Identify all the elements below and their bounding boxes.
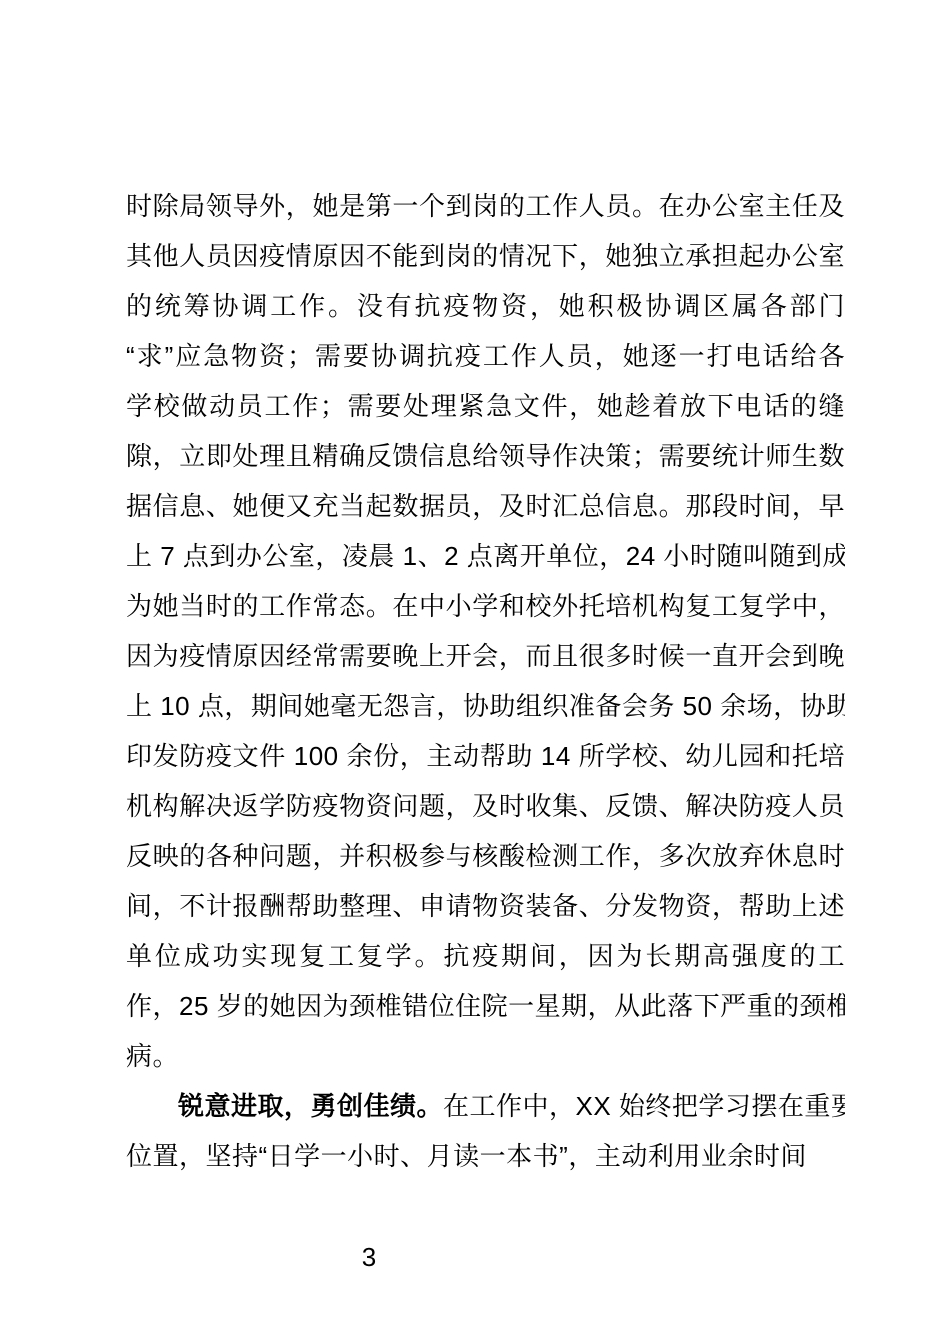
paragraph-lead-bold: 锐意进取，勇创佳绩。 [178,1091,443,1121]
paragraph-line: 间，不计报酬帮助整理、申请物资装备、分发物资，帮助上述 [126,881,845,931]
paragraph-line: 上 7 点到办公室，凌晨 1、2 点离开单位，24 小时随叫随到成 [126,531,845,581]
paragraph-line: 锐意进取，勇创佳绩。在工作中，XX 始终把学习摆在重要 [126,1081,845,1131]
paragraph-line: 印发防疫文件 100 余份，主动帮助 14 所学校、幼儿园和托培 [126,731,845,781]
paragraph-line: 据信息、她便又充当起数据员，及时汇总信息。那段时间，早 [126,481,845,531]
paragraph-line: 的统筹协调工作。没有抗疫物资，她积极协调区属各部门 [126,281,845,331]
document-page: 时除局领导外，她是第一个到岗的工作人员。在办公室主任及 其他人员因疫情原因不能到… [0,0,950,1344]
paragraph-line: 为她当时的工作常态。在中小学和校外托培机构复工复学中， [126,581,845,631]
paragraph-line: 其他人员因疫情原因不能到岗的情况下，她独立承担起办公室 [126,231,845,281]
page-number: 3 [356,1232,382,1282]
paragraph-line-text: 在工作中，XX 始终把学习摆在重要 [443,1091,845,1121]
paragraph-line: 隙，立即处理且精确反馈信息给领导作决策；需要统计师生数 [126,431,845,481]
paragraph-line: 位置，坚持“日学一小时、月读一本书”，主动利用业余时间 [126,1131,845,1181]
body-text: 时除局领导外，她是第一个到岗的工作人员。在办公室主任及 其他人员因疫情原因不能到… [126,181,845,1181]
paragraph-line: 反映的各种问题，并积极参与核酸检测工作，多次放弃休息时 [126,831,845,881]
paragraph-line: 机构解决返学防疫物资问题，及时收集、反馈、解决防疫人员 [126,781,845,831]
paragraph-line: “求”应急物资；需要协调抗疫工作人员，她逐一打电话给各 [126,331,845,381]
paragraph-line: 因为疫情原因经常需要晚上开会，而且很多时候一直开会到晚 [126,631,845,681]
paragraph-line: 病。 [126,1031,845,1081]
paragraph-line: 单位成功实现复工复学。抗疫期间，因为长期高强度的工 [126,931,845,981]
paragraph-line: 学校做动员工作；需要处理紧急文件，她趁着放下电话的缝 [126,381,845,431]
paragraph-line: 作，25 岁的她因为颈椎错位住院一星期，从此落下严重的颈椎 [126,981,845,1031]
paragraph-line: 上 10 点，期间她毫无怨言，协助组织准备会务 50 余场，协助 [126,681,845,731]
paragraph-line: 时除局领导外，她是第一个到岗的工作人员。在办公室主任及 [126,181,845,231]
